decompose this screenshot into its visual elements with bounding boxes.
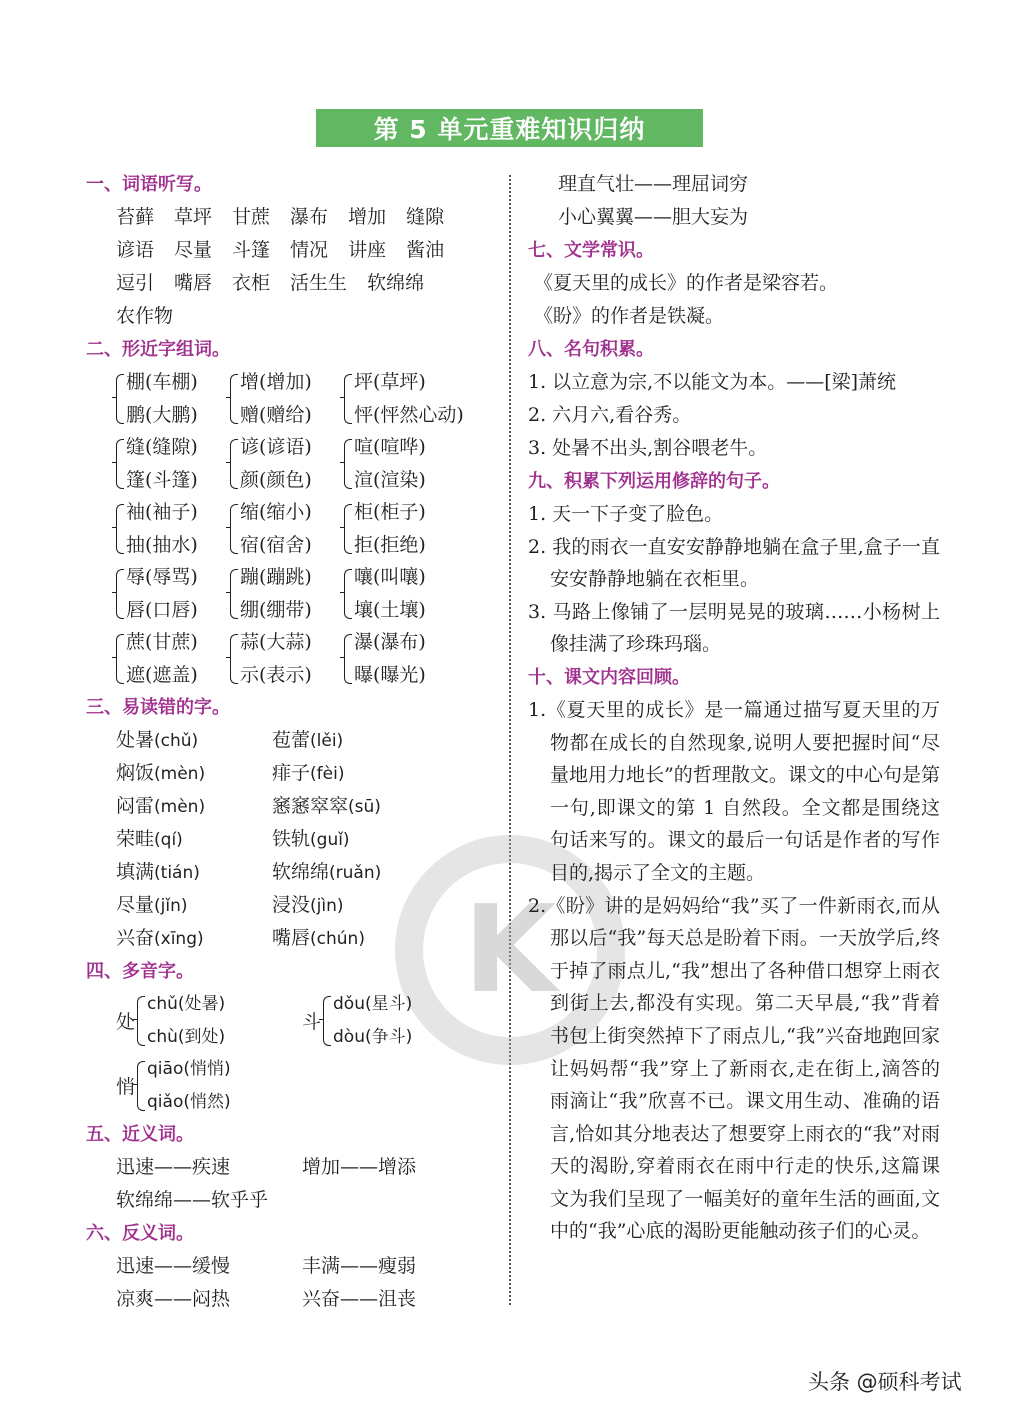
brace-icon (323, 996, 331, 1046)
antonym-extra: 小心翼翼——胆大妄为 (528, 201, 940, 234)
section-heading-5: 五、近义词。 (86, 1118, 506, 1151)
brace-icon (230, 634, 238, 684)
section-heading-4: 四、多音字。 (86, 955, 506, 988)
synonyms: 迅速——疾速 增加——增添 软绵绵——软乎乎 (86, 1151, 506, 1217)
brace-icon (344, 374, 352, 424)
brace-icon (230, 569, 238, 619)
section-heading-2: 二、形近字组词。 (86, 333, 506, 366)
column-divider (509, 175, 511, 1305)
section-heading-9: 九、积累下列运用修辞的句子。 (528, 465, 940, 498)
brace-icon (137, 1061, 145, 1111)
brace-icon (116, 374, 124, 424)
section-heading-6: 六、反义词。 (86, 1217, 506, 1250)
brace-icon (230, 504, 238, 554)
section-heading-8: 八、名句积累。 (528, 333, 940, 366)
brace-icon (344, 634, 352, 684)
brace-icon (230, 439, 238, 489)
similar-chars: 棚(车棚)鹏(大鹏) 增(增加)赠(赠给) 坪(草坪)怦(怦然心动) 缝(缝隙)… (86, 366, 506, 691)
brace-icon (344, 569, 352, 619)
section-heading-3: 三、易读错的字。 (86, 691, 506, 724)
brace-icon (230, 374, 238, 424)
brace-icon (116, 504, 124, 554)
brace-icon (344, 439, 352, 489)
section-heading-7: 七、文学常识。 (528, 234, 940, 267)
misread-chars: 处暑(chǔ) 苞蕾(lěi) 焖饭(mèn) 痱子(fèi) 闷雷(mèn) … (86, 724, 506, 955)
brace-icon (116, 569, 124, 619)
review-paragraph-2: 2.《盼》讲的是妈妈给“我”买了一件新雨衣,而从那以后“我”每天总是盼着下雨。一… (528, 890, 940, 1249)
brace-icon (137, 996, 145, 1046)
brace-icon (116, 439, 124, 489)
antonym-extra: 理直气壮——理屈词穷 (528, 168, 940, 201)
review-paragraph-1: 1.《夏天里的成长》是一篇通过描写夏天里的万物都在成长的自然现象,说明人要把握时… (528, 694, 940, 890)
brace-icon (116, 634, 124, 684)
brace-icon (344, 504, 352, 554)
page-title: 第 5 单元重难知识归纳 (316, 109, 703, 147)
footer-attribution: 头条 @硕科考试 (808, 1366, 962, 1396)
dictation-words: 苔藓草坪甘蔗瀑布增加缝隙 谚语尽量斗篷情况讲座酱油 逗引嘴唇衣柜活生生软绵绵 农… (86, 201, 506, 333)
polyphonic-chars: 处chǔ(处暑)chù(到处) 斗dǒu(星斗)dòu(争斗) 悄qiāo(悄悄… (86, 988, 506, 1118)
section-heading-1: 一、词语听写。 (86, 168, 506, 201)
right-column: 理直气壮——理屈词穷 小心翼翼——胆大妄为 七、文学常识。 《夏天里的成长》的作… (528, 168, 940, 1248)
antonyms: 迅速——缓慢 丰满——瘦弱 凉爽——闷热 兴奋——沮丧 (86, 1250, 506, 1316)
section-heading-10: 十、课文内容回顾。 (528, 661, 940, 694)
left-column: 一、词语听写。 苔藓草坪甘蔗瀑布增加缝隙 谚语尽量斗篷情况讲座酱油 逗引嘴唇衣柜… (86, 168, 506, 1316)
